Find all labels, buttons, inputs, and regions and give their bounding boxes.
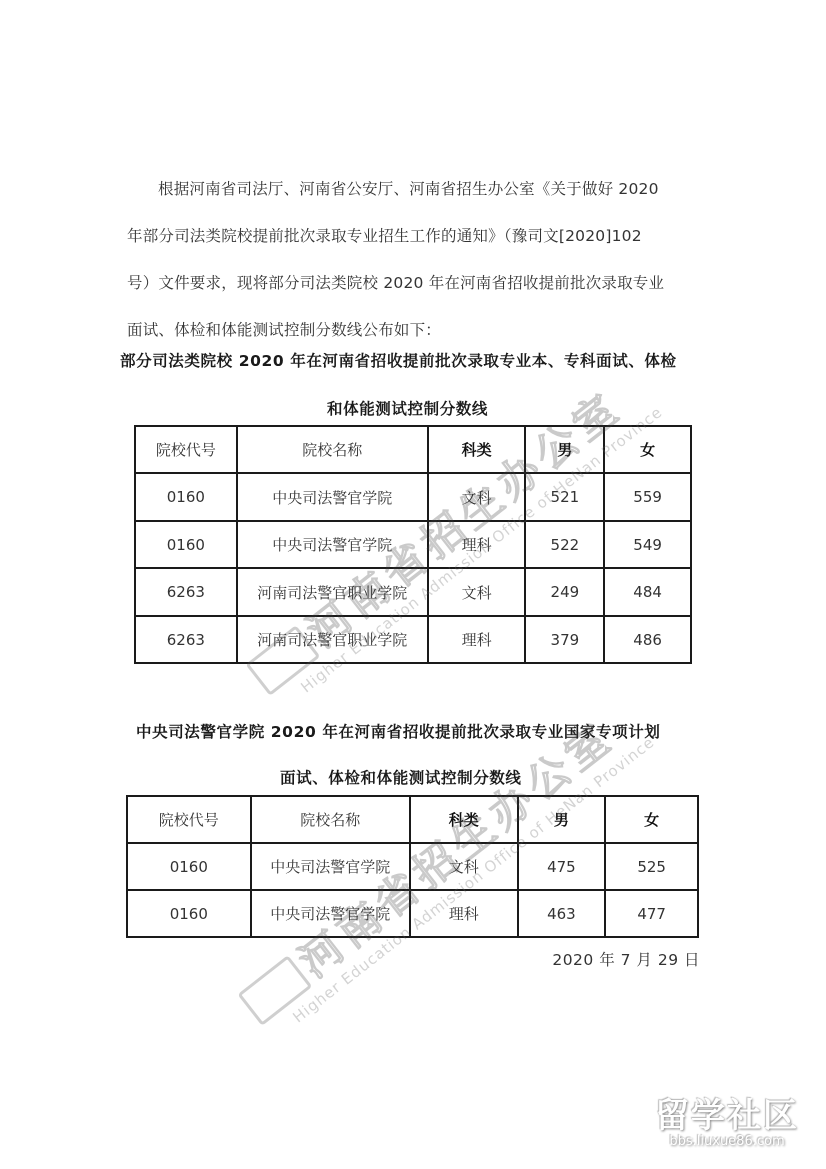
cell-school-code: 6263 [135, 616, 237, 663]
table-row: 6263 河南司法警官职业学院 文科 249 484 [135, 568, 691, 616]
cell-male: 475 [518, 843, 606, 890]
table2-title-line1: 中央司法警官学院 2020 年在河南省招收提前批次录取专业国家专项计划 [136, 720, 660, 742]
header-school-name: 院校名称 [237, 426, 428, 473]
cell-school-code: 0160 [127, 843, 251, 890]
cell-subject: 理科 [428, 521, 526, 568]
score-table-2: 院校代号 院校名称 科类 男 女 0160 中央司法警官学院 文科 475 52… [126, 795, 699, 938]
header-male: 男 [518, 796, 606, 843]
intro-line-3: 号）文件要求，现将部分司法类院校 2020 年在河南省招收提前批次录取专业 [127, 260, 702, 307]
cell-male: 521 [525, 473, 604, 521]
cell-male: 463 [518, 890, 606, 937]
cell-school-name: 河南司法警官职业学院 [237, 568, 428, 616]
table-row: 6263 河南司法警官职业学院 理科 379 486 [135, 616, 691, 663]
publish-date: 2020 年 7 月 29 日 [552, 948, 700, 970]
score-table-1: 院校代号 院校名称 科类 男 女 0160 中央司法警官学院 文科 521 55… [134, 425, 692, 664]
header-subject: 科类 [410, 796, 518, 843]
cell-male: 522 [525, 521, 604, 568]
cell-school-name: 河南司法警官职业学院 [237, 616, 428, 663]
cell-school-code: 6263 [135, 568, 237, 616]
cell-subject: 文科 [428, 473, 526, 521]
header-school-name: 院校名称 [251, 796, 410, 843]
cell-school-code: 0160 [135, 473, 237, 521]
cell-female: 484 [604, 568, 691, 616]
table-header-row: 院校代号 院校名称 科类 男 女 [127, 796, 698, 843]
cell-school-name: 中央司法警官学院 [251, 843, 410, 890]
table-row: 0160 中央司法警官学院 理科 522 549 [135, 521, 691, 568]
site-logo: 留学社区 bbs.liuxue86.com [655, 1098, 799, 1149]
cell-subject: 理科 [428, 616, 526, 663]
table-row: 0160 中央司法警官学院 文科 475 525 [127, 843, 698, 890]
header-subject: 科类 [428, 426, 526, 473]
header-school-code: 院校代号 [135, 426, 237, 473]
cell-school-name: 中央司法警官学院 [237, 521, 428, 568]
cell-school-code: 0160 [135, 521, 237, 568]
cell-school-code: 0160 [127, 890, 251, 937]
cell-subject: 文科 [410, 843, 518, 890]
intro-line-2: 年部分司法类院校提前批次录取专业招生工作的通知》（豫司文[2020]102 [127, 213, 702, 260]
cell-female: 525 [605, 843, 698, 890]
table1-title-line2: 和体能测试控制分数线 [327, 397, 488, 419]
site-logo-text: 留学社区 [655, 1098, 799, 1134]
cell-school-name: 中央司法警官学院 [237, 473, 428, 521]
table-row: 0160 中央司法警官学院 文科 521 559 [135, 473, 691, 521]
intro-line-4: 面试、体检和体能测试控制分数线公布如下： [127, 307, 702, 354]
cell-female: 486 [604, 616, 691, 663]
table2-title-line2: 面试、体检和体能测试控制分数线 [280, 766, 522, 788]
cell-school-name: 中央司法警官学院 [251, 890, 410, 937]
cell-male: 379 [525, 616, 604, 663]
intro-paragraph: 根据河南省司法厅、河南省公安厅、河南省招生办公室《关于做好 2020 年部分司法… [127, 166, 702, 354]
header-school-code: 院校代号 [127, 796, 251, 843]
cell-female: 559 [604, 473, 691, 521]
table-row: 0160 中央司法警官学院 理科 463 477 [127, 890, 698, 937]
intro-line-1: 根据河南省司法厅、河南省公安厅、河南省招生办公室《关于做好 2020 [127, 166, 702, 213]
cell-subject: 理科 [410, 890, 518, 937]
header-male: 男 [525, 426, 604, 473]
table-header-row: 院校代号 院校名称 科类 男 女 [135, 426, 691, 473]
site-logo-url: bbs.liuxue86.com [655, 1134, 799, 1149]
header-female: 女 [605, 796, 698, 843]
cell-female: 477 [605, 890, 698, 937]
cell-female: 549 [604, 521, 691, 568]
cell-subject: 文科 [428, 568, 526, 616]
table1-title-line1: 部分司法类院校 2020 年在河南省招收提前批次录取专业本、专科面试、体检 [120, 349, 677, 371]
cell-male: 249 [525, 568, 604, 616]
watermark-logo-icon [237, 955, 312, 1026]
header-female: 女 [604, 426, 691, 473]
